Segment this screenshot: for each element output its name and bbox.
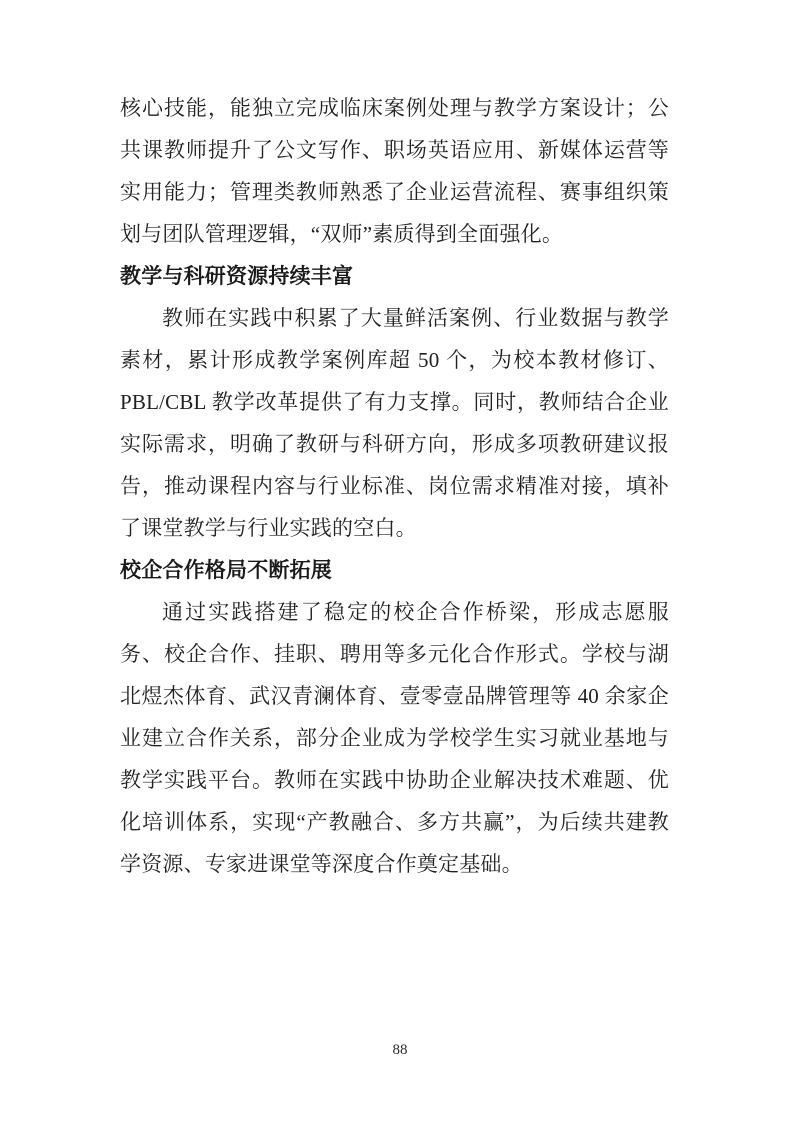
paragraph-school-enterprise-cooperation: 通过实践搭建了稳定的校企合作桥梁，形成志愿服务、校企合作、挂职、聘用等多元化合作… (120, 591, 669, 885)
paragraph-continuation: 核心技能，能独立完成临床案例处理与教学方案设计；公共课教师提升了公文写作、职场英… (120, 87, 669, 255)
document-body: 核心技能，能独立完成临床案例处理与教学方案设计；公共课教师提升了公文写作、职场英… (120, 87, 669, 885)
page-number: 88 (393, 1040, 408, 1060)
section-heading-teaching-research-resources: 教学与科研资源持续丰富 (120, 255, 669, 297)
section-heading-school-enterprise-cooperation: 校企合作格局不断拓展 (120, 549, 669, 591)
paragraph-teaching-research-resources: 教师在实践中积累了大量鲜活案例、行业数据与教学素材，累计形成教学案例库超 50 … (120, 297, 669, 549)
document-page: 核心技能，能独立完成临床案例处理与教学方案设计；公共课教师提升了公文写作、职场英… (0, 0, 800, 1131)
page-footer: 88 (0, 1040, 800, 1060)
